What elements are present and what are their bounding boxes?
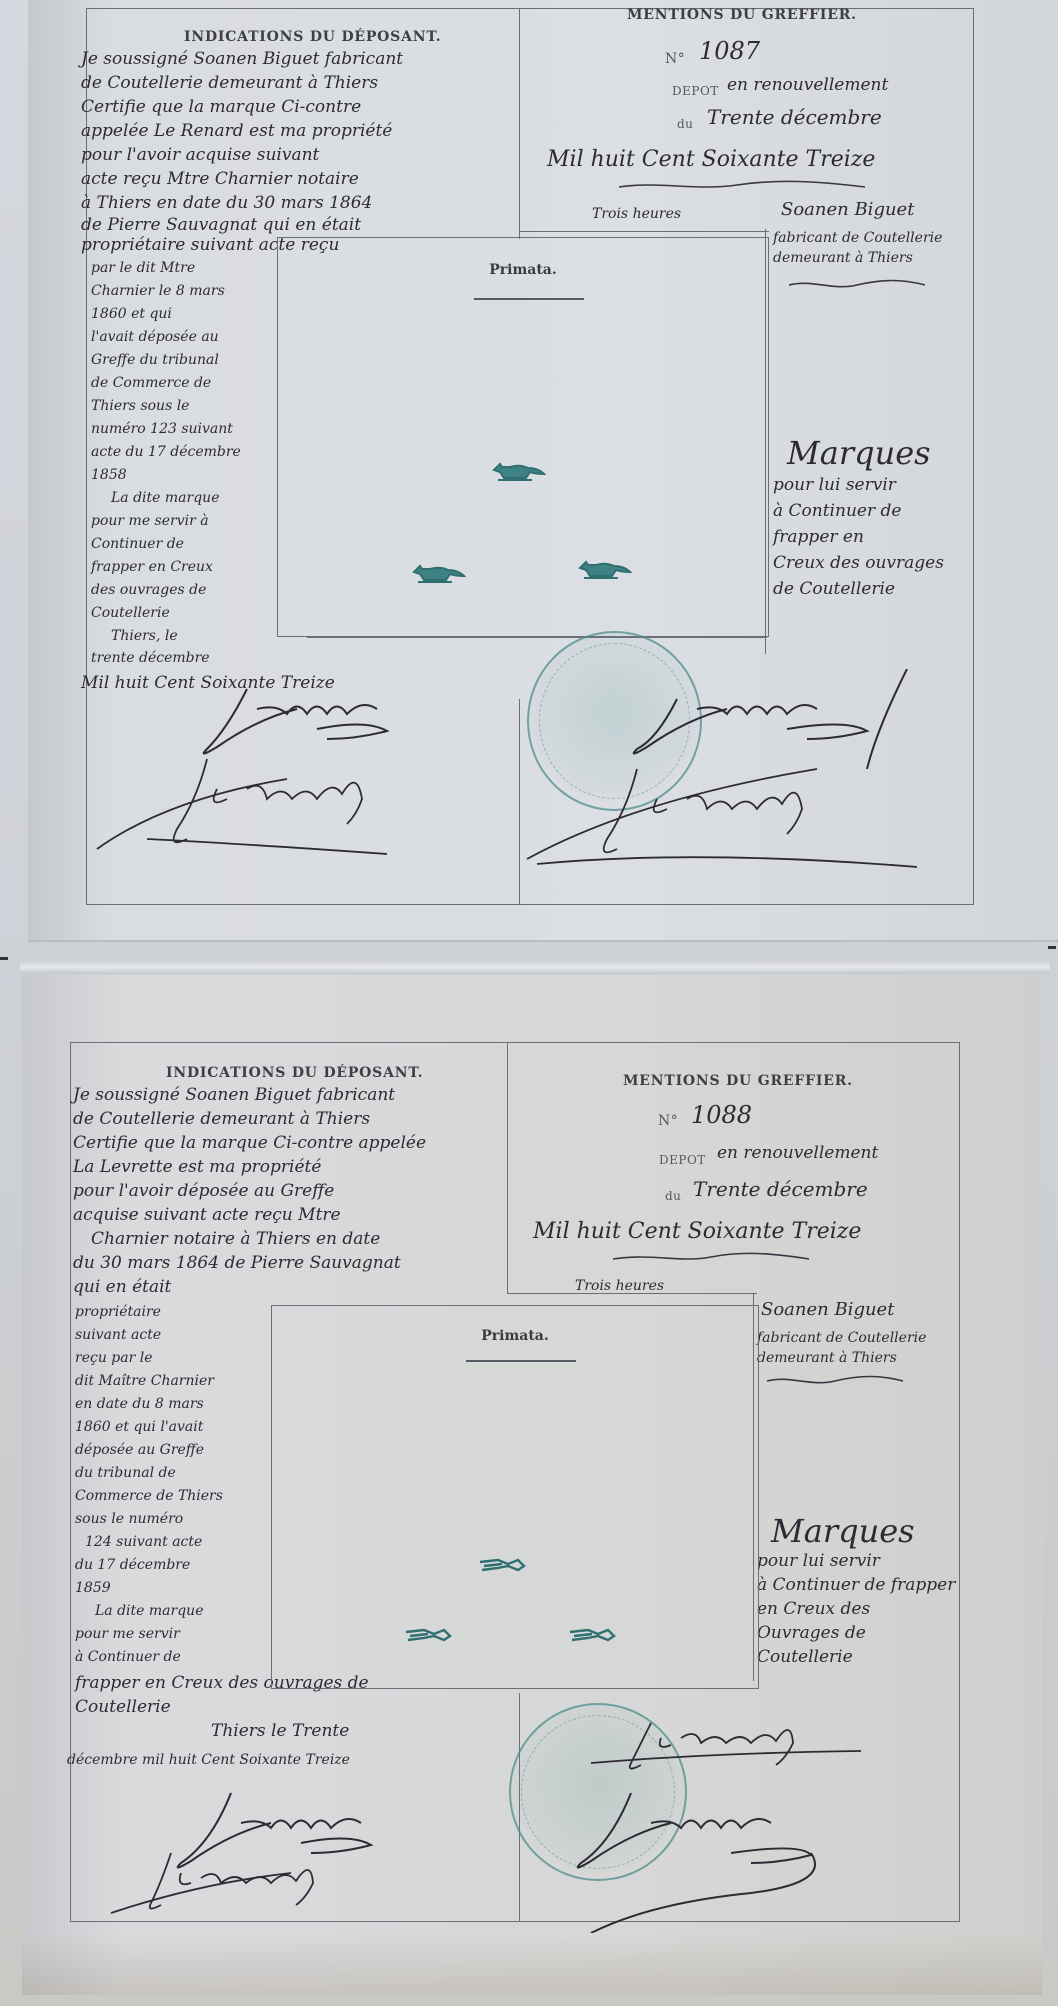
signature-charnier bbox=[591, 1703, 931, 1783]
declaration-line: 1859 bbox=[75, 1581, 111, 1595]
fox-stamp-icon bbox=[412, 560, 466, 586]
marque-text-line: Ouvrages de bbox=[757, 1625, 866, 1642]
declaration-line: du 30 mars 1864 de Pierre Sauvagnat bbox=[73, 1255, 401, 1272]
declaration-line: de Pierre Sauvagnat qui en était bbox=[81, 217, 361, 234]
depot-label: DEPOT bbox=[659, 1153, 706, 1167]
marque-text-line: à Continuer de frapper bbox=[757, 1577, 955, 1594]
declaration-line: La Levrette est ma propriété bbox=[73, 1159, 321, 1176]
declaration-line: Coutellerie bbox=[91, 606, 170, 620]
declaration-line: La dite marque bbox=[95, 1604, 203, 1618]
declaration-line: du tribunal de bbox=[75, 1466, 176, 1480]
declaration-line: en date du 8 mars bbox=[75, 1397, 204, 1411]
closing-line: décembre mil huit Cent Soixante Treize bbox=[67, 1753, 350, 1767]
declaration-line: dit Maître Charnier bbox=[75, 1374, 214, 1388]
marque-title: Marques bbox=[787, 437, 931, 469]
marque-text-line: Creux des ouvrages bbox=[773, 555, 944, 572]
depositor-residence: demeurant à Thiers bbox=[773, 251, 913, 265]
depot-label: DEPOT bbox=[672, 84, 719, 98]
marque-text-line: à Continuer de bbox=[773, 503, 901, 520]
declaration-line: reçu par le bbox=[75, 1351, 153, 1365]
flourish-line bbox=[617, 179, 867, 193]
marque-text-line: frapper en bbox=[773, 529, 864, 546]
declaration-line: Thiers sous le bbox=[91, 399, 189, 413]
flourish-line bbox=[787, 279, 927, 291]
declaration-line: du 17 décembre bbox=[75, 1558, 190, 1572]
edge-mark bbox=[0, 957, 8, 960]
declaration-line: Je soussigné Soanen Biguet fabricant bbox=[73, 1087, 395, 1104]
greffier-box-bottom-rule bbox=[519, 231, 769, 232]
greyhound-stamp-icon bbox=[478, 1556, 528, 1574]
fox-stamp-icon bbox=[578, 556, 632, 582]
declaration-line: par le dit Mtre bbox=[91, 261, 195, 275]
hour-note: Trois heures bbox=[592, 207, 681, 221]
declaration-line: pour me servir bbox=[75, 1627, 180, 1641]
marque-text-line: pour lui servir bbox=[757, 1553, 880, 1570]
specimen-bottom-rule bbox=[307, 637, 767, 638]
depositor-name: Soanen Biguet bbox=[781, 201, 914, 219]
signature-soanen bbox=[551, 1783, 951, 1933]
edge-mark bbox=[1048, 946, 1056, 949]
clerk-heading: MENTIONS DU GREFFIER. bbox=[627, 7, 857, 23]
depot-value: en renouvellement bbox=[717, 1145, 878, 1162]
declaration-line: pour l'avoir acquise suivant bbox=[81, 147, 319, 164]
number-label: N° bbox=[658, 1113, 678, 1129]
depositor-heading: INDICATIONS DU DÉPOSANT. bbox=[166, 1065, 423, 1081]
clerk-heading: MENTIONS DU GREFFIER. bbox=[623, 1073, 853, 1089]
du-label: du bbox=[665, 1189, 681, 1203]
greyhound-stamp-icon bbox=[404, 1626, 454, 1644]
declaration-line: frapper en Creux bbox=[91, 560, 213, 574]
specimen-title: Primata. bbox=[272, 1328, 758, 1344]
signature-charnier bbox=[81, 1843, 401, 1923]
depositor-trade: fabricant de Coutellerie bbox=[773, 231, 942, 245]
declaration-line: Je soussigné Soanen Biguet fabricant bbox=[81, 51, 403, 68]
depositor-name: Soanen Biguet bbox=[761, 1301, 894, 1319]
declaration-line: acquise suivant acte reçu Mtre bbox=[73, 1207, 341, 1224]
declaration-line: sous le numéro bbox=[75, 1512, 183, 1526]
declaration-line: numéro 123 suivant bbox=[91, 422, 233, 436]
du-label: du bbox=[677, 117, 693, 131]
declaration-line: de Coutellerie demeurant à Thiers bbox=[81, 75, 378, 92]
declaration-line: trente décembre bbox=[91, 651, 210, 665]
trademark-form-1088: INDICATIONS DU DÉPOSANT. MENTIONS DU GRE… bbox=[70, 1042, 960, 1922]
depositor-heading: INDICATIONS DU DÉPOSANT. bbox=[184, 29, 441, 45]
declaration-line: de Commerce de bbox=[91, 376, 211, 390]
declaration-line: qui en était bbox=[73, 1279, 171, 1296]
declaration-line: Commerce de Thiers bbox=[75, 1489, 223, 1503]
deposit-year: Mil huit Cent Soixante Treize bbox=[547, 149, 875, 171]
declaration-line: 124 suivant acte bbox=[85, 1535, 202, 1549]
flourish-line bbox=[611, 1251, 811, 1265]
closing-line: Coutellerie bbox=[75, 1699, 171, 1716]
declaration-line: Thiers, le bbox=[111, 629, 178, 643]
page-fold bbox=[20, 960, 1050, 974]
declaration-line: Continuer de bbox=[91, 537, 184, 551]
declaration-line: déposée au Greffe bbox=[75, 1443, 204, 1457]
declaration-line: Certifie que la marque Ci-contre appelée bbox=[73, 1135, 426, 1152]
declaration-line: 1858 bbox=[91, 468, 127, 482]
column-divider bbox=[507, 1043, 508, 1293]
declaration-line: acte reçu Mtre Charnier notaire bbox=[81, 171, 359, 188]
specimen-rule bbox=[474, 298, 584, 300]
column-divider bbox=[519, 9, 520, 239]
declaration-line: 1860 et qui l'avait bbox=[75, 1420, 203, 1434]
specimen-title: Primata. bbox=[278, 262, 768, 278]
declaration-line: à Continuer de bbox=[75, 1650, 181, 1664]
declaration-line: appelée Le Renard est ma propriété bbox=[81, 123, 392, 140]
declaration-line: l'avait déposée au bbox=[91, 330, 219, 344]
number-label: N° bbox=[665, 51, 685, 67]
declaration-line: pour l'avoir déposée au Greffe bbox=[73, 1183, 334, 1200]
marque-text-line: Coutellerie bbox=[757, 1649, 853, 1666]
fox-stamp-icon bbox=[492, 458, 546, 484]
registration-number: 1087 bbox=[699, 39, 760, 63]
declaration-line: 1860 et qui bbox=[91, 307, 172, 321]
declaration-line: Greffe du tribunal bbox=[91, 353, 219, 367]
deposit-date: Trente décembre bbox=[707, 107, 882, 127]
deposit-date: Trente décembre bbox=[693, 1179, 868, 1199]
declaration-line: La dite marque bbox=[111, 491, 219, 505]
depot-value: en renouvellement bbox=[727, 77, 888, 94]
trademark-form-1087: INDICATIONS DU DÉPOSANT. MENTIONS DU GRE… bbox=[86, 8, 974, 905]
registration-number: 1088 bbox=[691, 1103, 752, 1127]
declaration-line: des ouvrages de bbox=[91, 583, 206, 597]
signature-charnier bbox=[87, 739, 427, 869]
marque-text-line: en Creux des bbox=[757, 1601, 870, 1618]
specimen-box: Primata. bbox=[277, 237, 769, 637]
marque-text-line: pour lui servir bbox=[773, 477, 896, 494]
hour-note: Trois heures bbox=[575, 1279, 664, 1293]
declaration-line: Charnier le 8 mars bbox=[91, 284, 225, 298]
declaration-line: de Coutellerie demeurant à Thiers bbox=[73, 1111, 370, 1128]
flourish-line bbox=[765, 1375, 905, 1387]
greyhound-stamp-icon bbox=[568, 1626, 618, 1644]
deposit-year: Mil huit Cent Soixante Treize bbox=[533, 1221, 861, 1243]
marque-text-line: de Coutellerie bbox=[773, 581, 895, 598]
declaration-line: suivant acte bbox=[75, 1328, 161, 1342]
closing-line: Thiers le Trente bbox=[211, 1723, 349, 1740]
signature-charnier bbox=[517, 749, 937, 879]
depositor-trade: fabricant de Coutellerie bbox=[757, 1331, 926, 1345]
declaration-line: à Thiers en date du 30 mars 1864 bbox=[81, 195, 372, 212]
specimen-rule bbox=[466, 1360, 576, 1362]
declaration-line: pour me servir à bbox=[91, 514, 209, 528]
depositor-residence: demeurant à Thiers bbox=[757, 1351, 897, 1365]
declaration-line: propriétaire bbox=[75, 1305, 161, 1319]
declaration-line: Charnier notaire à Thiers en date bbox=[91, 1231, 380, 1248]
declaration-line: Certifie que la marque Ci-contre bbox=[81, 99, 361, 116]
declaration-line: acte du 17 décembre bbox=[91, 445, 241, 459]
marque-title: Marques bbox=[771, 1515, 915, 1547]
specimen-box: Primata. bbox=[271, 1305, 759, 1689]
